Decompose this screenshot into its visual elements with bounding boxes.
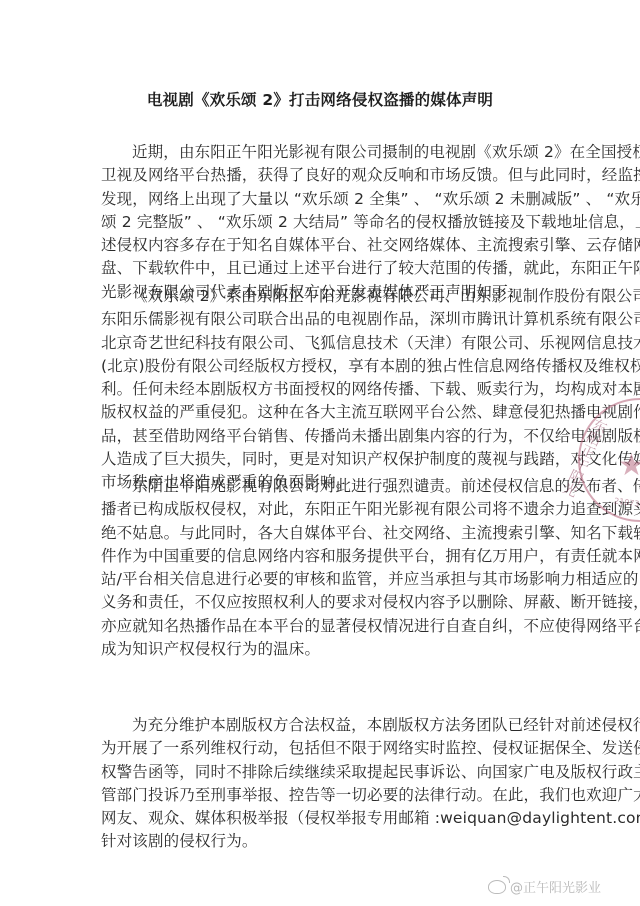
text-line: 东阳乐儒影视有限公司联合出品的电视剧作品，深圳市腾讯计算机系统有限公司、 bbox=[101, 308, 551, 331]
document-title: 电视剧《欢乐颂 2》打击网络侵权盗播的媒体声明 bbox=[0, 88, 640, 110]
text-line: 站/平台相关信息进行必要的审核和监管，并应当承担与其市场影响力相适应的 bbox=[101, 568, 551, 591]
weibo-watermark: @正午阳光影业 bbox=[488, 877, 601, 896]
text-line: 件作为中国重要的信息网络内容和服务提供平台，拥有亿万用户，有责任就本网 bbox=[101, 545, 551, 568]
paragraph-2: 《欢乐颂 2》系由东阳正午阳光影视有限公司、山东影视制作股份有限公司、 东阳乐儒… bbox=[101, 285, 551, 495]
text-line: 为充分维护本剧版权方合法权益，本剧版权方法务团队已经针对前述侵权行 bbox=[101, 714, 551, 737]
paragraph-3: 东阳正午阳光影视有限公司对此进行强烈谴责。前述侵权信息的发布者、传 播者已构成版… bbox=[101, 475, 551, 661]
text-line: 播者已构成版权侵权，对此，东阳正午阳光影视有限公司将不遗余力追查到源头， bbox=[101, 498, 551, 521]
text-line: 东阳正午阳光影视有限公司对此进行强烈谴责。前述侵权信息的发布者、传 bbox=[101, 475, 551, 498]
text-line: 为开展了一系列维权行动，包括但不限于网络实时监控、侵权证据保全、发送侵 bbox=[101, 737, 551, 760]
text-line: 义务和责任，不仅应按照权利人的要求对侵权内容予以删除、屏蔽、断开链接， bbox=[101, 591, 551, 614]
statement-document: 电视剧《欢乐颂 2》打击网络侵权盗播的媒体声明 近期，由东阳正午阳光影视有限公司… bbox=[0, 0, 640, 906]
text-line: (北京)股份有限公司经版权方授权，享有本剧的独占性信息网络传播权及维权权 bbox=[101, 355, 551, 378]
text-line: 述侵权内容多存在于知名自媒体平台、社交网络媒体、主流搜索引擎、云存储网 bbox=[101, 234, 551, 257]
text-line: 人造成了巨大损失，同时，更是对知识产权保护制度的蔑视与践踏，对文化传媒 bbox=[101, 448, 551, 471]
weibo-icon bbox=[488, 880, 506, 894]
text-line: 绝不姑息。与此同时，各大自媒体平台、社交网络、主流搜索引擎、知名下载软 bbox=[101, 522, 551, 545]
text-line: 版权权益的严重侵犯。这种在各大主流互联网平台公然、肆意侵犯热播电视剧作 bbox=[101, 401, 551, 424]
text-line: 权警告函等，同时不排除后续继续采取提起民事诉讼、向国家广电及版权行政主 bbox=[101, 761, 551, 784]
text-line: 近期，由东阳正午阳光影视有限公司摄制的电视剧《欢乐颂 2》在全国授权 bbox=[101, 141, 551, 164]
text-line: 盘、下载软件中，且已通过上述平台进行了较大范围的传播，就此，东阳正午阳 bbox=[101, 257, 551, 280]
text-line: 成为知识产权侵权行为的温床。 bbox=[101, 638, 551, 661]
text-line: 发现，网络上出现了大量以 “欢乐颂 2 全集” 、 “欢乐颂 2 未删减版” 、… bbox=[101, 188, 551, 211]
watermark-text: @正午阳光影业 bbox=[510, 877, 601, 896]
text-line: 针对该剧的侵权行为。 bbox=[101, 830, 551, 853]
paragraph-1: 近期，由东阳正午阳光影视有限公司摄制的电视剧《欢乐颂 2》在全国授权 卫视及网络… bbox=[101, 141, 551, 304]
star-icon: ★ bbox=[618, 448, 640, 483]
text-line: 亦应就知名热播作品在本平台的显著侵权情况进行自查自纠，不应使得网络平台 bbox=[101, 615, 551, 638]
text-line: 卫视及网络平台热播，获得了良好的观众反响和市场反馈。但与此同时，经监控 bbox=[101, 164, 551, 187]
text-line: 颂 2 完整版” 、 “欢乐颂 2 大结局” 等命名的侵权播放链接及下载地址信息… bbox=[101, 211, 551, 234]
text-line: 利。任何未经本剧版权方书面授权的网络传播、下载、贩卖行为，均构成对本剧 bbox=[101, 378, 551, 401]
text-line: 网友、观众、媒体积极举报（侵权举报专用邮箱 :weiquan@daylighte… bbox=[101, 807, 551, 830]
text-line: 《欢乐颂 2》系由东阳正午阳光影视有限公司、山东影视制作股份有限公司、 bbox=[101, 285, 551, 308]
text-line: 北京奇艺世纪科技有限公司、飞狐信息技术（天津）有限公司、乐视网信息技术 bbox=[101, 332, 551, 355]
text-line: 管部门投诉乃至刑事举报、控告等一切必要的法律行动。在此，我们也欢迎广大 bbox=[101, 784, 551, 807]
text-line: 品，甚至借助网络平台销售、传播尚未播出剧集内容的行为，不仅给电视剧版权 bbox=[101, 425, 551, 448]
paragraph-4: 为充分维护本剧版权方合法权益，本剧版权方法务团队已经针对前述侵权行 为开展了一系… bbox=[101, 714, 551, 854]
